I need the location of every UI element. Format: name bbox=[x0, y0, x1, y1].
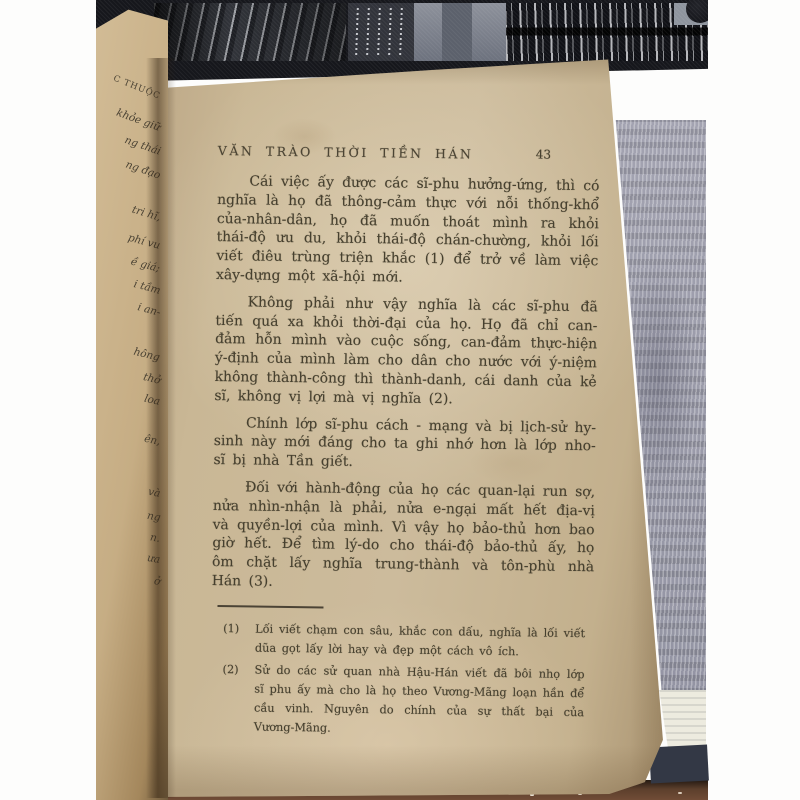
footnotes: (1) Lối viết chạm con sâu, khắc con dấu,… bbox=[222, 619, 586, 741]
footnote-text: Sử do các sử quan nhà Hậu-Hán viết đã bô… bbox=[254, 660, 585, 741]
footnote-item: (2) Sử do các sử quan nhà Hậu-Hán viết đ… bbox=[222, 660, 585, 741]
footnote-text: Lối viết chạm con sâu, khắc con dấu, ngh… bbox=[255, 619, 585, 662]
running-header: VĂN TRÀO THỜI TIỀN HÁN 43 bbox=[218, 140, 600, 163]
header-title: VĂN TRÀO THỜI TIỀN HÁN bbox=[218, 143, 474, 162]
page-content: VĂN TRÀO THỜI TIỀN HÁN 43 Cái việc ấy đư… bbox=[210, 140, 600, 744]
footnote-item: (1) Lối viết chạm con sâu, khắc con dấu,… bbox=[223, 619, 585, 662]
poster-halftone-grain bbox=[96, 0, 708, 82]
footnote-marker: (1) bbox=[223, 619, 256, 657]
right-page: VĂN TRÀO THỜI TIỀN HÁN 43 Cái việc ấy đư… bbox=[150, 55, 666, 797]
body-paragraph: Không phải như vậy nghĩa là các sĩ-phu đ… bbox=[214, 293, 598, 411]
background-poster bbox=[96, 0, 708, 82]
header-page-number: 43 bbox=[536, 147, 551, 161]
body-paragraph: Cái việc ấy được các sĩ-phu hưởng-ứng, t… bbox=[216, 172, 600, 290]
footnote-divider bbox=[217, 605, 323, 608]
gutter-shadow bbox=[146, 58, 176, 798]
book-photo: { "photo": { "colors": { "background": "… bbox=[0, 0, 800, 800]
white-fabric-strip bbox=[654, 690, 706, 752]
footnote-marker: (2) bbox=[222, 660, 255, 736]
body-paragraph: Đối với hành-động của họ các quan-lại ru… bbox=[212, 478, 596, 596]
body-paragraph: Chính lớp sĩ-phu cách - mạng và bị lịch-… bbox=[213, 414, 596, 476]
